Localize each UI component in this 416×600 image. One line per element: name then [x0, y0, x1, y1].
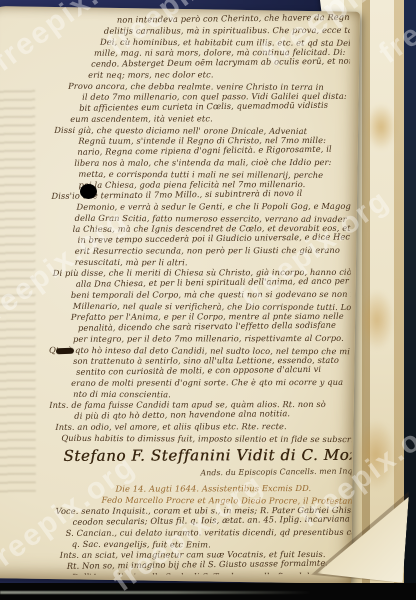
- manuscript-line: Qto è qto hò inteso dal deto Candidi, ne…: [49, 345, 351, 357]
- ink-strikethrough-smudge: [56, 348, 74, 355]
- manuscript-line: ceodon secularis; Oltus fil. q. Iois, æt…: [73, 513, 352, 527]
- manuscript-line: di più di qto hò detto, non havendone al…: [74, 407, 352, 421]
- manuscript-line: erit neq; mors, nec dolor etc.: [88, 69, 350, 81]
- manuscript-photo: non intendeva però con Cherinto, che hav…: [0, 0, 416, 600]
- manuscript-line: della Gran Scitia, fatto numeroso esserc…: [75, 213, 351, 225]
- manuscript-line: non intendeva però con Cherinto, che hav…: [117, 14, 351, 26]
- manuscript-line: Dell'Apocalipsi, nella Scola di S. Teodo…: [72, 571, 352, 575]
- manuscript-line: Millenario, nel quale si verificherà, ch…: [73, 301, 351, 313]
- manuscript-line: sentito con curiosità de molti, e con op…: [76, 363, 352, 377]
- manuscript-line: alla Dna Chiesa, et per li beni spiritua…: [76, 275, 352, 289]
- manuscript-line: S. Cancian., cui delato iuramto. veritat…: [66, 527, 352, 539]
- manuscript-line: Die 14. Augti 1644. Assistentibus Excmis…: [116, 483, 352, 495]
- manuscript-line: beni temporali del Corpo, mà che questi …: [71, 289, 351, 301]
- manuscript-line: erit Resurrectio secunda, non però per l…: [75, 245, 351, 257]
- manuscript-line: eum ascendentem, ità veniet etc.: [70, 113, 350, 125]
- paper-stain: [360, 290, 394, 350]
- manuscript-line: Rt. Non so, mi imagino bij che il S. Giu…: [67, 557, 352, 571]
- manuscript-line: libera nos à malo, che s'intenda da mali…: [74, 157, 350, 169]
- manuscript-line: Stefano F. Steffanini Vidit di C. Mozà a…: [63, 443, 351, 468]
- manuscript-line: in breve tempo succederà poi il Giudicio…: [78, 231, 352, 245]
- paper-stain: [366, 104, 396, 150]
- manuscript-line: Dei, cù hominibus, et habitabit cum illi…: [100, 37, 350, 49]
- manuscript-line: Ands. du Episcopis Cancells. men Inquis.: [200, 466, 351, 479]
- manuscript-text: non intendeva però con Cherinto, che hav…: [48, 14, 352, 575]
- manuscript-line: nario, Regna come ripiena d'ogni felicit…: [77, 143, 351, 157]
- verso-showthrough: [0, 84, 36, 498]
- table-edge-highlight: [0, 591, 312, 594]
- manuscript-line: Provo ancora, che debba realmte. venire …: [68, 81, 350, 93]
- manuscript-line: resuscitati, mà per li altri.: [75, 257, 351, 269]
- manuscript-line: Fedo Marcello Procre et Angelo Diedo Pro…: [102, 495, 352, 507]
- manuscript-line: q. Sac. evangelijs, fuit etc Enim.: [72, 539, 352, 551]
- manuscript-line: cendo. Absterget Deum oēm lacrymam ab oc…: [91, 56, 351, 70]
- manuscript-line: metta, e corrisponda tutti i mali ne sei…: [78, 169, 350, 181]
- ink-blot: [80, 184, 97, 199]
- manuscript-line: penalità, dicendo che sarà riservato l'e…: [78, 319, 352, 333]
- manuscript-line: Demonio, e verrà à sedur le Genti, e che…: [77, 201, 351, 213]
- manuscript-page: non intendeva però con Cherinto, che hav…: [0, 6, 360, 584]
- manuscript-line: erano de molti presenti d'ogni sorte. Ch…: [71, 377, 351, 389]
- manuscript-line: bit afficientes eum curieta in Cœlis, qu…: [79, 99, 351, 113]
- manuscript-line: delitijs carnalibus, mà in spiritualibus…: [104, 25, 350, 37]
- manuscript-line: per integro, per il deto 7mo millenario,…: [73, 333, 351, 345]
- manuscript-line: Ints. an odio, vel amore, et aliis qlibu…: [55, 421, 351, 433]
- manuscript-line: nto di mia conscientia.: [73, 389, 351, 401]
- paper-stain: [356, 420, 396, 490]
- manuscript-line: Dissi già, che questo diciamo nell' oron…: [54, 125, 350, 137]
- manuscript-line: Quibus habitis to dimissus fuit, imposto…: [61, 433, 351, 445]
